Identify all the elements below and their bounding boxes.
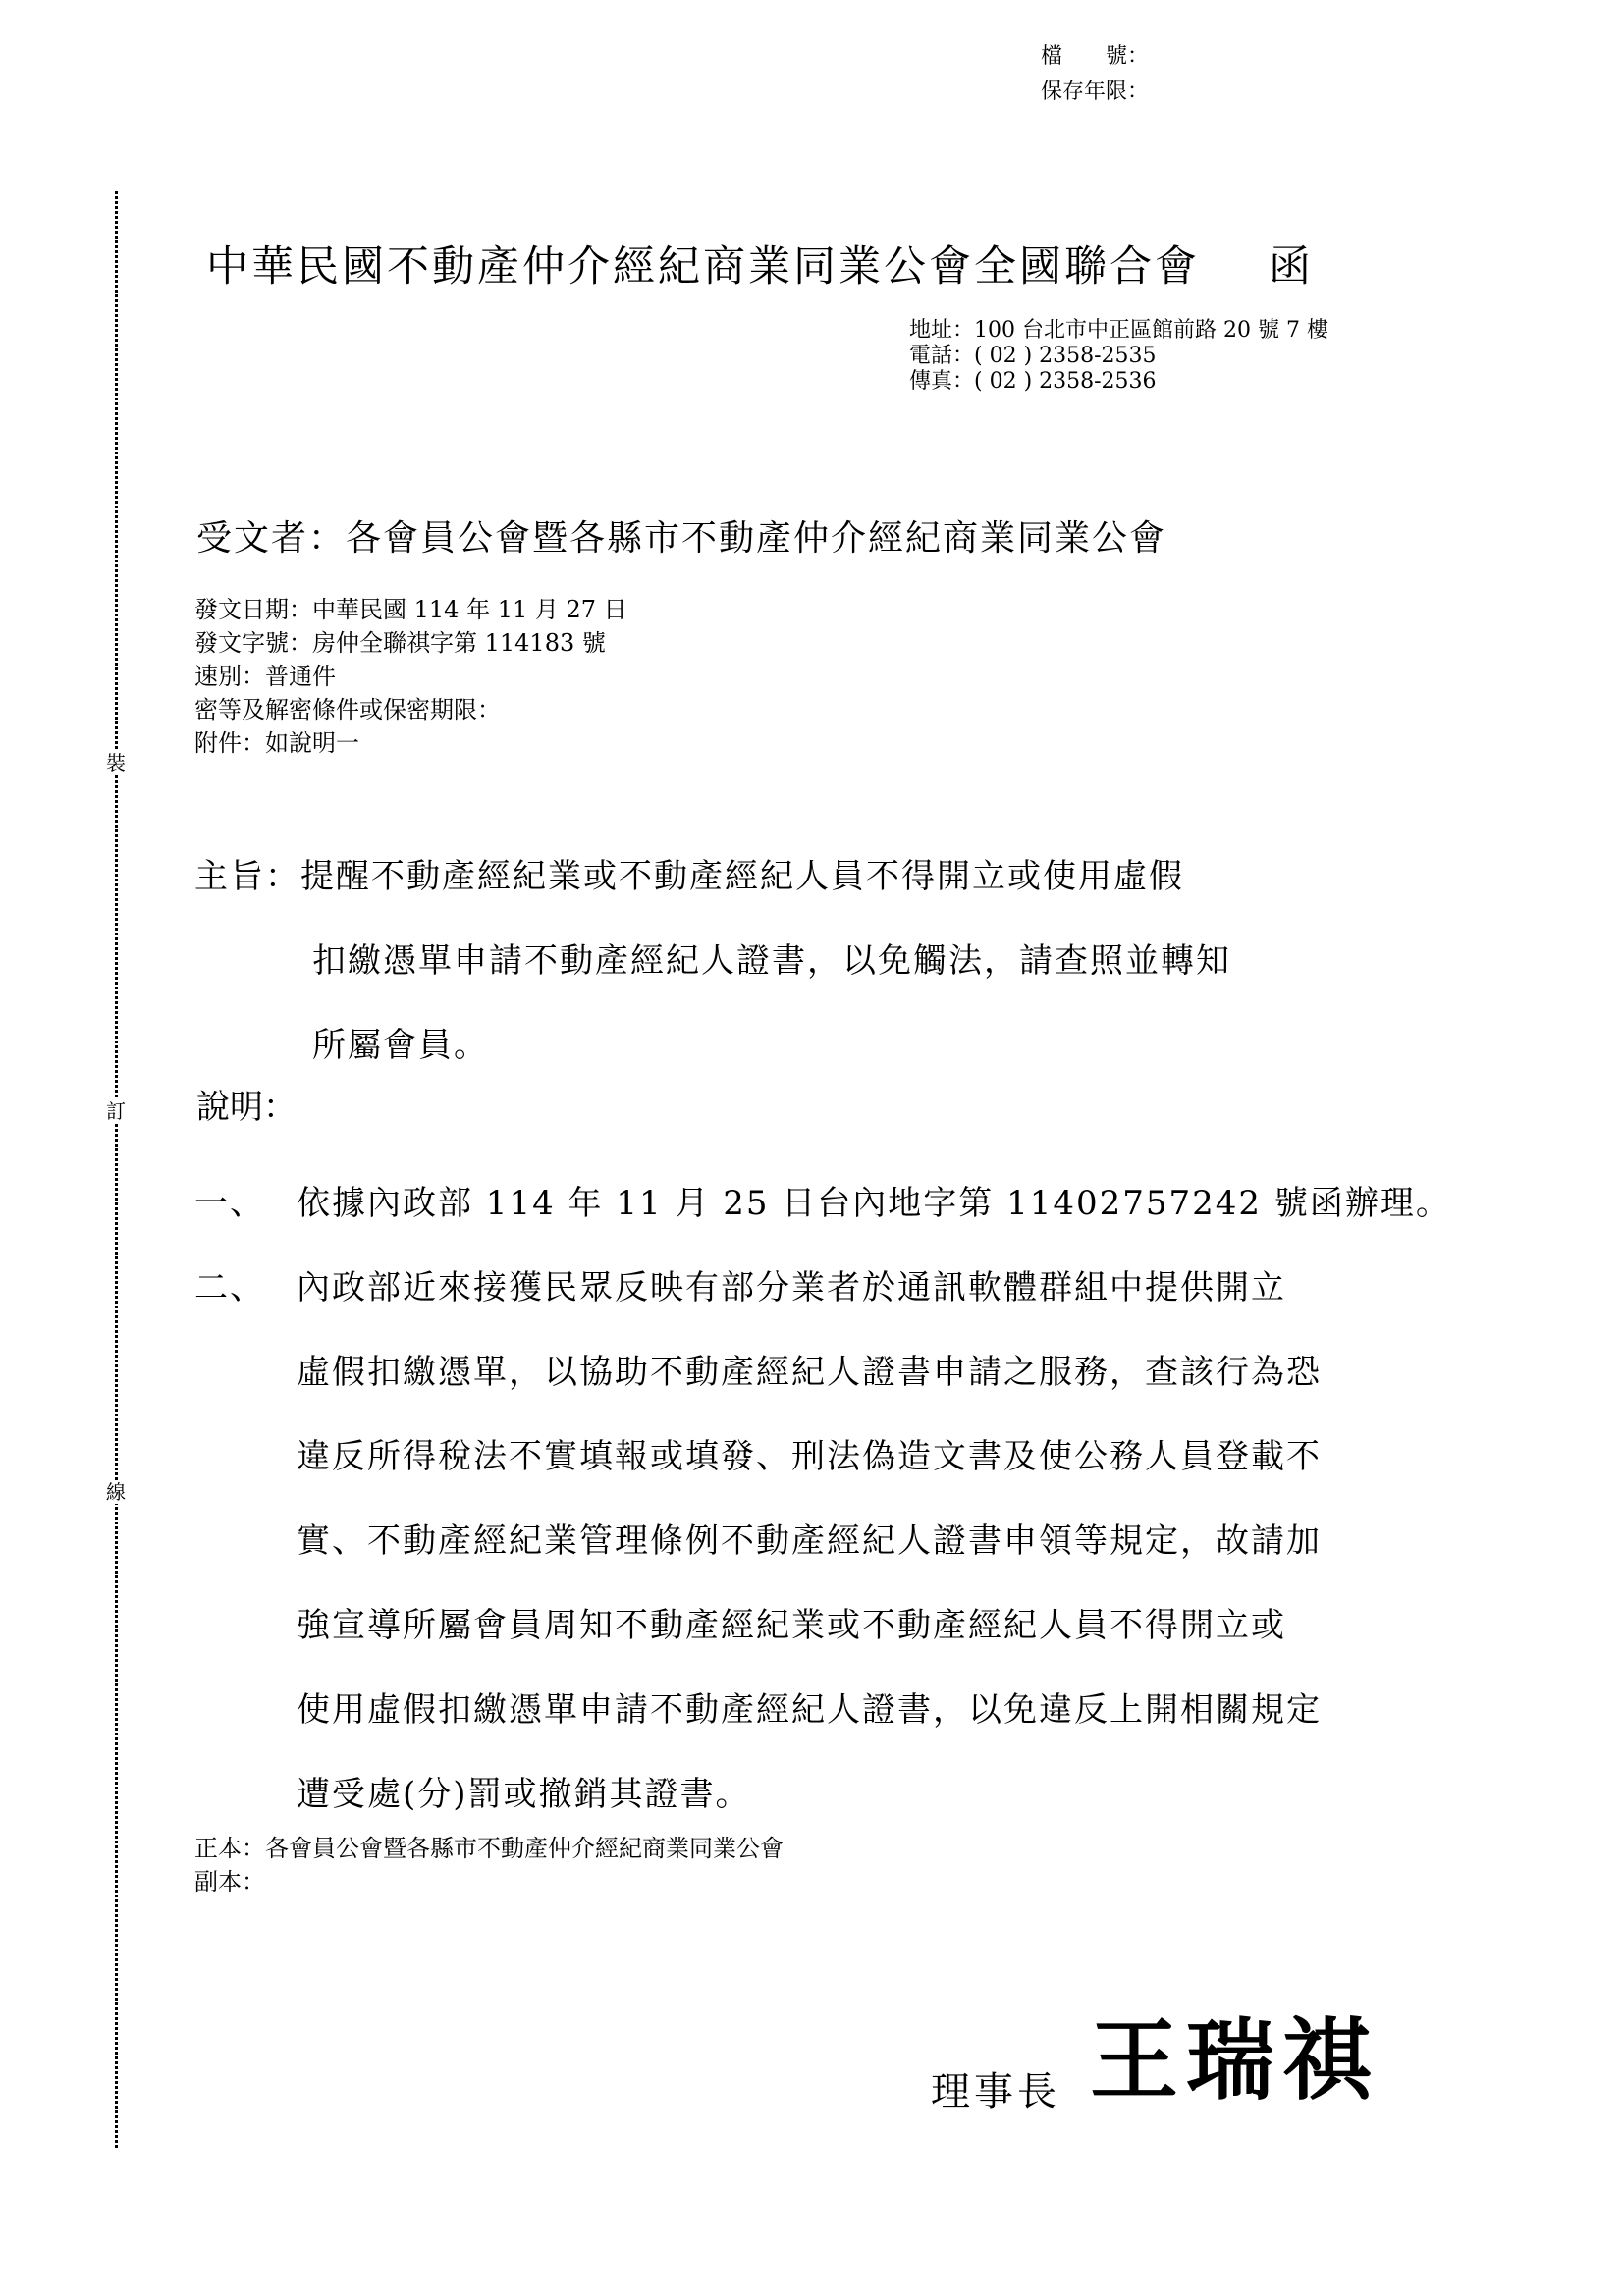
doc-type: 函 xyxy=(1269,242,1314,292)
copy-recipients: 副本： xyxy=(194,1865,784,1898)
attachment: 附件：如說明一 xyxy=(194,726,627,760)
subject-line: 扣繳憑單申請不動產經紀人證書，以免觸法，請查照並轉知 xyxy=(194,919,1231,1003)
issue-date: 發文日期：中華民國 114 年 11 月 27 日 xyxy=(194,593,627,626)
item-line: 虛假扣繳憑單，以協助不動產經紀人證書申請之服務，查該行為恐 xyxy=(194,1330,1451,1415)
original-recipients: 正本：各會員公會暨各縣市不動產仲介經紀商業同業公會 xyxy=(194,1832,784,1865)
address: 地址：100 台北市中正區館前路 20 號 7 樓 xyxy=(909,318,1328,344)
explanation-heading: 說明： xyxy=(196,1080,297,1128)
binding-line xyxy=(115,191,118,2150)
document-meta: 發文日期：中華民國 114 年 11 月 27 日 發文字號：房仲全聯祺字第 1… xyxy=(194,593,627,760)
signer-role: 理事長 xyxy=(931,2069,1060,2114)
org-name: 中華民國不動產仲介經紀商業同業公會全國聯合會 xyxy=(206,242,1200,292)
binding-char-xian: 線 xyxy=(102,1480,130,1504)
fax: 傳真：( 02 ) 2358-2536 xyxy=(909,369,1328,395)
item-line: 實、不動產經紀業管理條例不動產經紀人證書申領等規定，故請加 xyxy=(194,1499,1451,1583)
phone: 電話：( 02 ) 2358-2535 xyxy=(909,344,1328,369)
file-number-label: 檔 號： xyxy=(1041,39,1149,75)
signature-block: 理事長王瑞祺 xyxy=(931,1989,1379,2116)
contact-info: 地址：100 台北市中正區館前路 20 號 7 樓 電話：( 02 ) 2358… xyxy=(909,318,1328,395)
retention-period-label: 保存年限： xyxy=(1041,75,1149,110)
item-line: 內政部近來接獲民眾反映有部分業者於通訊軟體群組中提供開立 xyxy=(297,1268,1286,1308)
item-line: 違反所得稅法不實填報或填發、刑法偽造文書及使公務人員登載不 xyxy=(194,1415,1451,1499)
explanation-items: 一、依據內政部 114 年 11 月 25 日台內地字第 11402757242… xyxy=(194,1161,1451,1837)
recipient: 受文者：各會員公會暨各縣市不動產仲介經紀商業同業公會 xyxy=(196,510,1166,561)
binding-char-zhuang: 裝 xyxy=(102,751,130,774)
explanation-item-2: 二、內政部近來接獲民眾反映有部分業者於通訊軟體群組中提供開立 虛假扣繳憑單，以協… xyxy=(194,1246,1451,1837)
subject: 主旨：提醒不動產經紀業或不動產經紀人員不得開立或使用虛假 扣繳憑單申請不動產經紀… xyxy=(194,834,1231,1088)
binding-char-ding: 訂 xyxy=(102,1099,130,1123)
item-number: 二、 xyxy=(194,1246,297,1330)
item-line: 使用虛假扣繳憑單申請不動產經紀人證書，以免違反上開相關規定 xyxy=(194,1668,1451,1752)
item-line: 依據內政部 114 年 11 月 25 日台內地字第 11402757242 號… xyxy=(297,1184,1451,1223)
item-line: 遭受處(分)罰或撤銷其證書。 xyxy=(194,1752,1451,1837)
filing-info: 檔 號： 保存年限： xyxy=(1041,39,1149,110)
subject-line: 主旨：提醒不動產經紀業或不動產經紀人員不得開立或使用虛假 xyxy=(194,834,1231,919)
speed-class: 速別：普通件 xyxy=(194,660,627,693)
classification: 密等及解密條件或保密期限： xyxy=(194,693,627,726)
signer-name: 王瑞祺 xyxy=(1090,2009,1379,2112)
subject-line: 所屬會員。 xyxy=(194,1003,1231,1088)
document-title: 中華民國不動產仲介經紀商業同業公會全國聯合會函 xyxy=(206,234,1314,294)
doc-number: 發文字號：房仲全聯祺字第 114183 號 xyxy=(194,626,627,660)
explanation-item-1: 一、依據內政部 114 年 11 月 25 日台內地字第 11402757242… xyxy=(194,1161,1451,1246)
distribution: 正本：各會員公會暨各縣市不動產仲介經紀商業同業公會 副本： xyxy=(194,1832,784,1898)
item-line: 強宣導所屬會員周知不動產經紀業或不動產經紀人員不得開立或 xyxy=(194,1583,1451,1668)
item-number: 一、 xyxy=(194,1161,297,1246)
